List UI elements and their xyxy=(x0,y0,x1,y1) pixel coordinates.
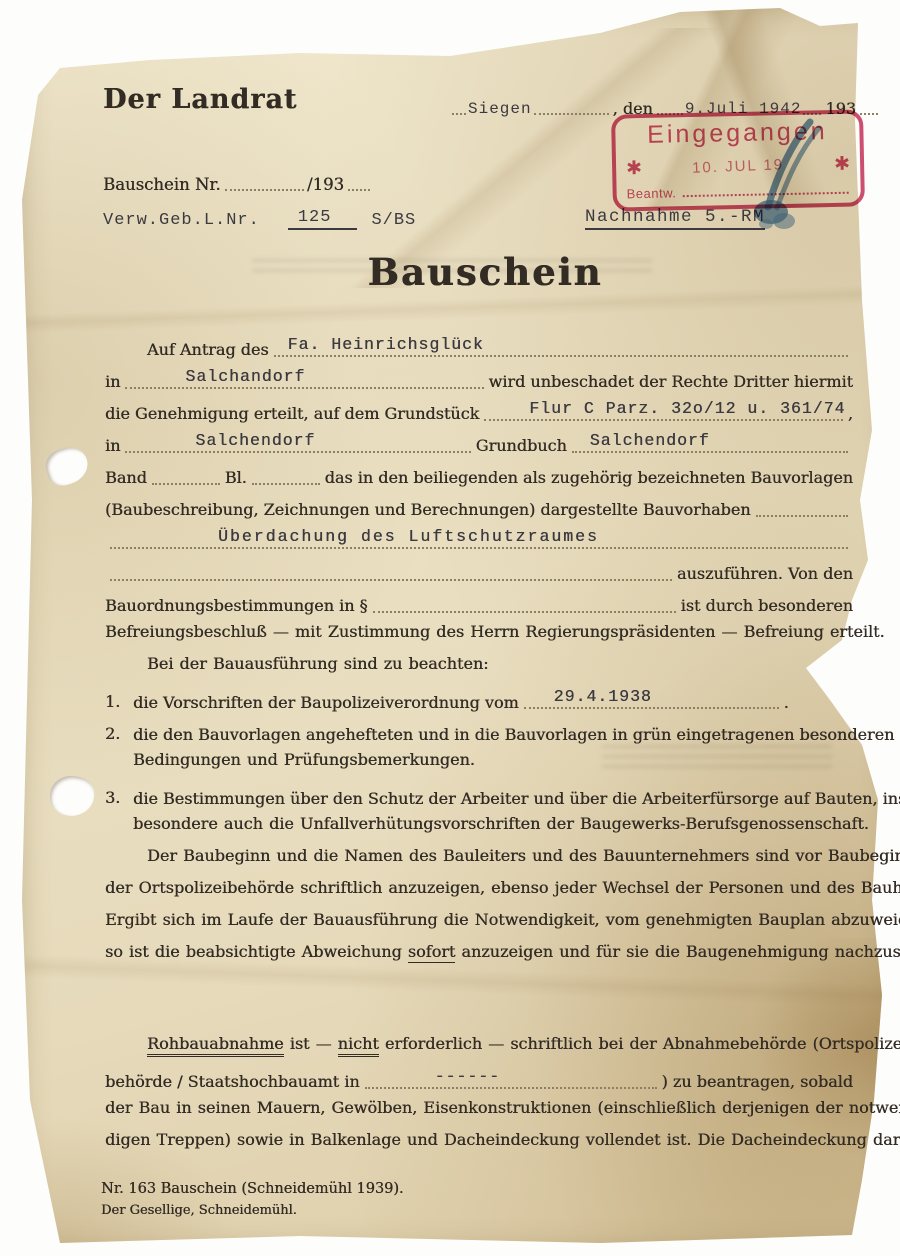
item3-line1: die Bestimmungen über den Schutz der Arb… xyxy=(133,789,900,808)
form-line-parcel: die Genehmigung erteilt, auf dem Grundst… xyxy=(105,392,853,424)
genehmigung-label: die Genehmigung erteilt, auf dem Grundst… xyxy=(105,404,479,424)
rohbau-line2-post: ) zu beantragen, sobald xyxy=(662,1072,854,1092)
verwaltungsgebuehr-line: Verw.Geb.L.Nr. 125 S/BS xyxy=(103,208,416,230)
dotted-leader xyxy=(860,103,878,115)
rohbau-line3: der Bau in seinen Mauern, Gewölben, Eise… xyxy=(105,1092,853,1124)
dotted-leader xyxy=(348,179,370,191)
rohbau-mid2: erforderlich — schriftlich bei der Abnah… xyxy=(379,1034,900,1053)
applicant-value: Fa. Heinrichsglück xyxy=(288,335,484,354)
field-abnahmebehoerde: ------ xyxy=(365,1075,657,1089)
rohbau-line4: digen Treppen) sowie in Balkenlage und D… xyxy=(105,1124,853,1156)
beschreibung-text: (Baubeschreibung, Zeichnungen und Berech… xyxy=(105,500,751,520)
dotted-leader xyxy=(534,103,609,115)
item1-text: die Vorschriften der Baupolizeiverordnun… xyxy=(133,693,519,712)
band-text: das in den beiliegenden als zugehörig be… xyxy=(325,468,853,488)
rohbau-line2: behörde / Staatshochbauamt in ------ ) z… xyxy=(105,1060,853,1092)
bl-label: Bl. xyxy=(225,468,247,488)
antrag-label: Auf Antrag des xyxy=(147,340,269,360)
befreiung-text: Befreiungsbeschluß — mit Zustimmung des … xyxy=(105,616,853,648)
document-title: Bauschein xyxy=(105,250,865,294)
form-line-bauordnung: Bauordnungsbestimmungen in § ist durch b… xyxy=(105,584,853,616)
in-label: in xyxy=(105,372,120,392)
rohbau-line1: Rohbauabnahme ist — nicht erforderlich —… xyxy=(105,1028,853,1060)
rohbau-mid1: ist — xyxy=(284,1034,338,1053)
field-parcel: Flur C Parz. 32o/12 u. 361/74 xyxy=(484,407,843,421)
list-item-2: 2. die den Bauvorlagen angehefteten und … xyxy=(105,712,853,744)
field-band xyxy=(152,471,220,485)
imprint-footer: Nr. 163 Bauschein (Schneidemühl 1939). D… xyxy=(101,1178,404,1221)
field-place1: Salchandorf xyxy=(125,375,483,389)
paragraph2-line2: der Ortspolizeibehörde schriftlich anzuz… xyxy=(105,872,853,904)
para2-pre: so ist die beabsichtigte Abweichung xyxy=(105,942,408,961)
rohbau-line2-label: behörde / Staatshochbauamt in xyxy=(105,1072,360,1092)
issuer-title: Der Landrat xyxy=(103,84,297,115)
item2-line2: Bedingungen und Prüfungsbemerkungen. xyxy=(105,744,853,776)
ink-blot xyxy=(738,112,848,237)
field-place2: Salchendorf xyxy=(125,439,470,453)
dotted-leader xyxy=(452,103,466,115)
item3-line2: besondere auch die Unfallverhütungsvorsc… xyxy=(105,808,853,840)
bauordnung-label: Bauordnungsbestimmungen in § xyxy=(105,596,368,616)
dotted-leader xyxy=(225,179,304,191)
form-line-auszufuehren: auszuführen. Von den xyxy=(105,552,853,584)
field-project: Überdachung des Luftschutzraumes xyxy=(110,535,848,549)
paragraph2-line1: Der Baubeginn und die Namen des Bauleite… xyxy=(105,840,853,872)
form-line-applicant: Auf Antrag des Fa. Heinrichsglück xyxy=(105,328,853,360)
place2-value: Salchendorf xyxy=(195,431,315,450)
form-body: Auf Antrag des Fa. Heinrichsglück in Sal… xyxy=(105,328,853,1156)
field-grundbuch: Salchendorf xyxy=(572,439,848,453)
field-verordnung-date: 29.4.1938 xyxy=(524,695,779,709)
paragraph2-line3: Ergibt sich im Laufe der Bauausführung d… xyxy=(105,904,853,936)
wird-text: wird unbeschadet der Rechte Dritter hier… xyxy=(489,372,853,392)
item2-number: 2. xyxy=(105,724,133,744)
band-label: Band xyxy=(105,468,147,488)
field-applicant: Fa. Heinrichsglück xyxy=(274,343,848,357)
rohbauabnahme-underlined: Rohbauabnahme xyxy=(147,1034,284,1057)
dotted-leader xyxy=(756,503,848,517)
field-blatt xyxy=(252,471,320,485)
imprint-line1: Nr. 163 Bauschein (Schneidemühl 1939). xyxy=(101,1178,404,1201)
grundbuch-value: Salchendorf xyxy=(590,431,710,450)
para2-post: anzuzeigen und für sie die Baugenehmigun… xyxy=(455,942,900,961)
in-label: in xyxy=(105,436,120,456)
bauschein-nr-label: Bauschein Nr. xyxy=(103,175,221,194)
paragraph2-line4: so ist die beabsichtigte Abweichung sofo… xyxy=(105,936,853,968)
paragraph-gap xyxy=(105,968,853,1028)
list-item-3: 3. die Bestimmungen über den Schutz der … xyxy=(105,776,853,808)
place-value: Siegen xyxy=(468,100,532,118)
bauschein-nr-line: Bauschein Nr. /193 xyxy=(103,168,373,194)
item3-number: 3. xyxy=(105,788,133,808)
item2-line1: die den Bauvorlagen angehefteten und in … xyxy=(133,725,894,744)
dotted-leader xyxy=(110,567,672,581)
verordnung-date-value: 29.4.1938 xyxy=(554,687,652,706)
comma: , xyxy=(848,404,853,424)
ist-text: ist durch besonderen xyxy=(681,596,853,616)
item1-period: . xyxy=(784,693,789,712)
verw-value: 125 xyxy=(288,208,358,230)
verw-suffix: S/BS xyxy=(371,211,416,230)
parcel-value: Flur C Parz. 32o/12 u. 361/74 xyxy=(529,399,845,418)
beantw-label: Beantw. xyxy=(627,185,677,201)
item1-number: 1. xyxy=(105,692,133,712)
form-line-project: Überdachung des Luftschutzraumes xyxy=(105,520,853,552)
form-line-place1: in Salchandorf wird unbeschadet der Rech… xyxy=(105,360,853,392)
imprint-line2: Der Gesellige, Schneidemühl. xyxy=(101,1201,404,1221)
nicht-underlined: nicht xyxy=(338,1034,379,1057)
bauschein-nr-suffix: /193 xyxy=(307,175,344,194)
beachten-heading: Bei der Bauausführung sind zu beachten: xyxy=(105,648,853,680)
asterisk-icon: ✱ xyxy=(626,157,642,180)
form-line-band: Band Bl. das in den beiliegenden als zug… xyxy=(105,456,853,488)
list-item-1: 1. die Vorschriften der Baupolizeiverord… xyxy=(105,680,853,712)
grundbuch-label: Grundbuch xyxy=(476,436,567,456)
abnahmebehoerde-value: ------ xyxy=(435,1067,500,1086)
form-line-place2: in Salchendorf Grundbuch Salchendorf xyxy=(105,424,853,456)
project-value: Überdachung des Luftschutzraumes xyxy=(218,527,599,546)
verw-label: Verw.Geb.L.Nr. xyxy=(103,211,260,230)
sofort-underlined: sofort xyxy=(408,942,455,963)
auszufuehren-text: auszuführen. Von den xyxy=(677,564,853,584)
field-paragraph xyxy=(373,599,676,613)
form-line-description: (Baubeschreibung, Zeichnungen und Berech… xyxy=(105,488,853,520)
place1-value: Salchandorf xyxy=(185,367,305,386)
document-content: Der Landrat Siegen , den 9.Juli 1942 193… xyxy=(0,0,900,1256)
